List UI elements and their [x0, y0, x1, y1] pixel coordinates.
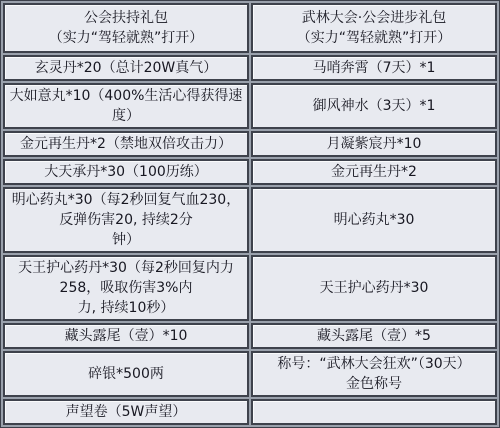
item-cell-left: 藏头露尾（壹）*10 — [3, 323, 249, 349]
table-row: 大如意丸*10（400%生活心得获得速度）御风神水（3天）*1 — [3, 83, 497, 129]
table-row: 大天承丹*30（100历练）金元再生丹*2 — [3, 159, 497, 185]
table-row: 声望卷（5W声望） — [3, 399, 497, 425]
item-cell-right: 称号：“武林大会狂欢”（30天） 金色称号 — [251, 351, 497, 397]
table-row: 玄灵丹*20（总计20W真气）马哨奔霄（7天）*1 — [3, 55, 497, 81]
item-cell-right: 月凝紫宸丹*10 — [251, 131, 497, 157]
table-row: 明心药丸*30（每2秒回复气血230，反弹伤害20, 持续2分 钟）明心药丸*3… — [3, 187, 497, 253]
table-row: 碎银*500两称号：“武林大会狂欢”（30天） 金色称号 — [3, 351, 497, 397]
header-guild-progress-package: 武林大会·公会进步礼包 （实力“驾轻就熟”打开） — [251, 3, 497, 53]
item-cell-right — [251, 399, 497, 425]
item-cell-left: 明心药丸*30（每2秒回复气血230，反弹伤害20, 持续2分 钟） — [3, 187, 249, 253]
item-cell-right: 明心药丸*30 — [251, 187, 497, 253]
table-row: 天王护心药丹*30（每2秒回复内力258，吸取伤害3%内 力, 持续10秒）天王… — [3, 255, 497, 321]
item-cell-left: 玄灵丹*20（总计20W真气） — [3, 55, 249, 81]
table-row: 藏头露尾（壹）*10藏头露尾（壹）*5 — [3, 323, 497, 349]
table-header-row: 公会扶持礼包 （实力“驾轻就熟”打开） 武林大会·公会进步礼包 （实力“驾轻就熟… — [3, 3, 497, 53]
gift-package-table: 公会扶持礼包 （实力“驾轻就熟”打开） 武林大会·公会进步礼包 （实力“驾轻就熟… — [0, 0, 500, 428]
item-cell-left: 碎银*500两 — [3, 351, 249, 397]
item-cell-right: 天王护心药丹*30 — [251, 255, 497, 321]
item-cell-right: 藏头露尾（壹）*5 — [251, 323, 497, 349]
item-cell-left: 金元再生丹*2（禁地双倍攻击力） — [3, 131, 249, 157]
item-cell-right: 金元再生丹*2 — [251, 159, 497, 185]
table-row: 金元再生丹*2（禁地双倍攻击力）月凝紫宸丹*10 — [3, 131, 497, 157]
item-cell-right: 马哨奔霄（7天）*1 — [251, 55, 497, 81]
header-guild-support-package: 公会扶持礼包 （实力“驾轻就熟”打开） — [3, 3, 249, 53]
item-cell-left: 大如意丸*10（400%生活心得获得速度） — [3, 83, 249, 129]
item-cell-left: 大天承丹*30（100历练） — [3, 159, 249, 185]
item-cell-left: 天王护心药丹*30（每2秒回复内力258，吸取伤害3%内 力, 持续10秒） — [3, 255, 249, 321]
item-cell-left: 声望卷（5W声望） — [3, 399, 249, 425]
item-cell-right: 御风神水（3天）*1 — [251, 83, 497, 129]
